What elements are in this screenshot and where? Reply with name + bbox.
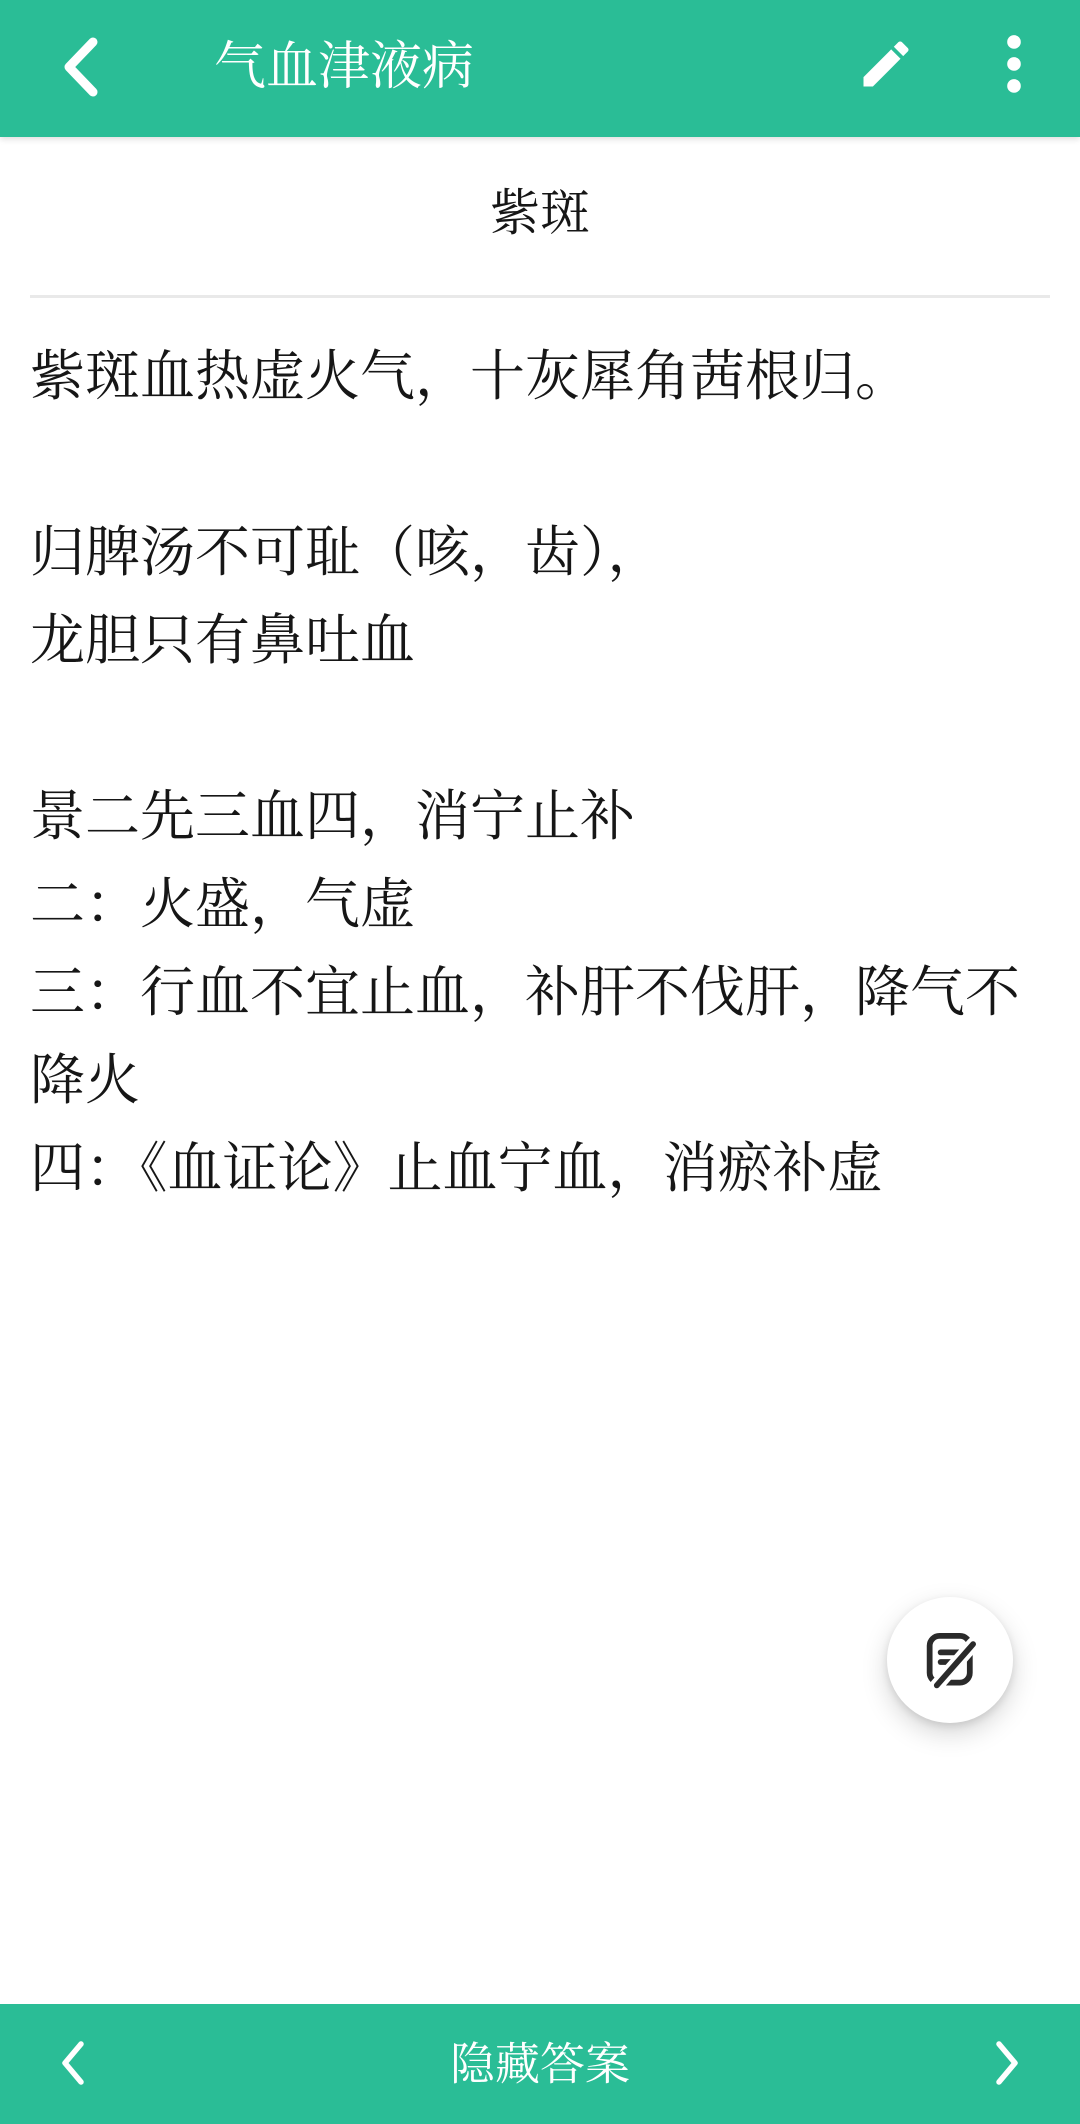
chevron-right-icon [994,2039,1020,2090]
back-button[interactable] [50,29,110,109]
edit-button[interactable] [848,27,924,103]
overflow-menu-button[interactable] [982,27,1046,103]
page-title: 气血津液病 [214,40,474,92]
chevron-left-icon [60,2039,86,2090]
note-fab-button[interactable] [887,1597,1013,1723]
flashcard-app-screen: 气血津液病 紫斑 紫斑血热虚火气，十灰犀角茜根归。 归脾汤不可耻（咳，齿）， 龙… [0,0,1080,2124]
next-card-button[interactable] [972,2019,1042,2109]
note-edit-icon [917,1626,983,1695]
card-answer-text: 紫斑血热虚火气，十灰犀角茜根归。 归脾汤不可耻（咳，齿）， 龙胆只有鼻吐血 景二… [30,332,1050,1212]
card-front-title: 紫斑 [0,137,1080,243]
chevron-left-icon [57,35,103,102]
kebab-menu-icon [1006,33,1022,98]
pencil-icon [856,34,916,97]
app-bar: 气血津液病 [0,0,1080,137]
hide-answer-button[interactable]: 隐藏答案 [450,2042,630,2087]
previous-card-button[interactable] [38,2019,108,2109]
card-content: 紫斑 紫斑血热虚火气，十灰犀角茜根归。 归脾汤不可耻（咳，齿）， 龙胆只有鼻吐血… [0,137,1080,1212]
divider [30,295,1050,298]
bottom-bar: 隐藏答案 [0,2004,1080,2124]
